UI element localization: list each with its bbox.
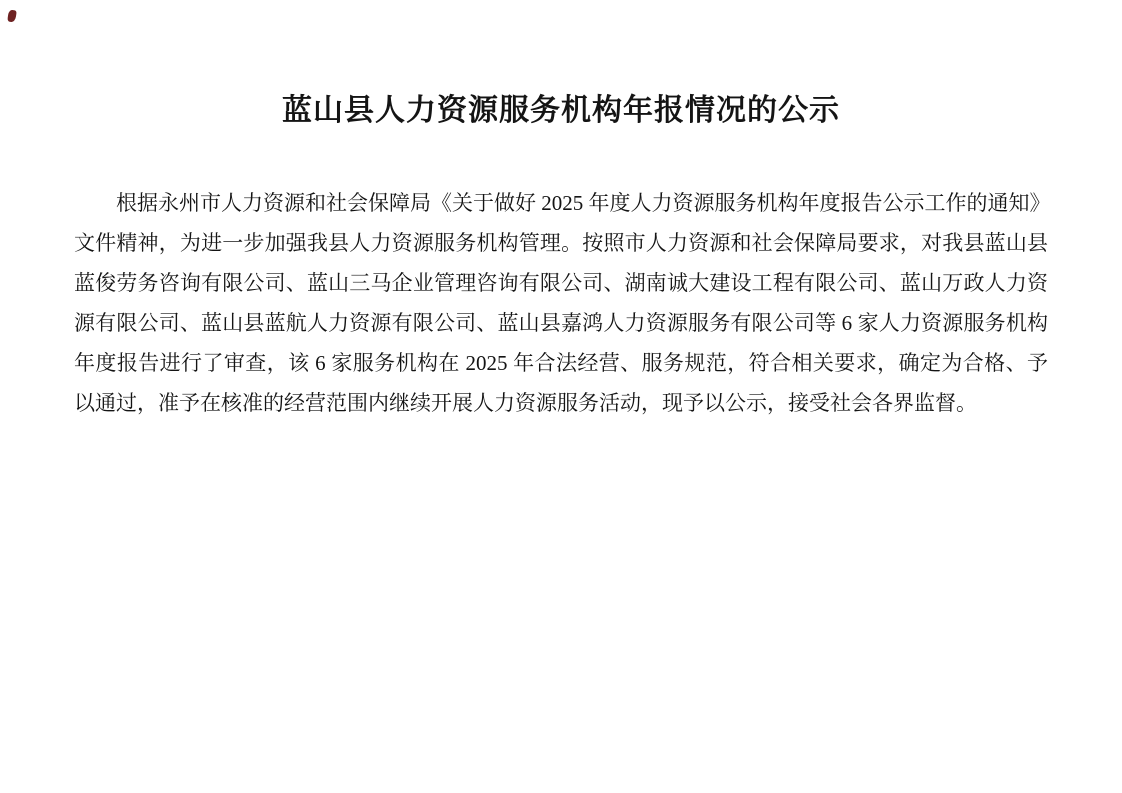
- paragraph-line: 蓝俊劳务咨询有限公司、蓝山三马企业管理咨询有限公司、湖南诚大建设工程有限公司、蓝…: [74, 263, 1048, 303]
- paragraph-line: 文件精神，为进一步加强我县人力资源服务机构管理。按照市人力资源和社会保障局要求，…: [74, 223, 1048, 263]
- paragraph-line: 源有限公司、蓝山县蓝航人力资源有限公司、蓝山县嘉鸿人力资源服务有限公司等 6 家…: [74, 303, 1048, 343]
- announcement-paragraph: 根据永州市人力资源和社会保障局《关于做好 2025 年度人力资源服务机构年度报告…: [74, 183, 1048, 423]
- document-page: 蓝山县人力资源服务机构年报情况的公示 根据永州市人力资源和社会保障局《关于做好 …: [0, 0, 1122, 793]
- paragraph-line: 以通过，准予在核准的经营范围内继续开展人力资源服务活动，现予以公示，接受社会各界…: [74, 383, 1048, 423]
- corner-stain-mark: [7, 10, 17, 23]
- paragraph-line: 年度报告进行了审查，该 6 家服务机构在 2025 年合法经营、服务规范，符合相…: [74, 343, 1048, 383]
- page-title: 蓝山县人力资源服务机构年报情况的公示: [0, 93, 1122, 129]
- paragraph-line: 根据永州市人力资源和社会保障局《关于做好 2025 年度人力资源服务机构年度报告…: [74, 183, 1048, 223]
